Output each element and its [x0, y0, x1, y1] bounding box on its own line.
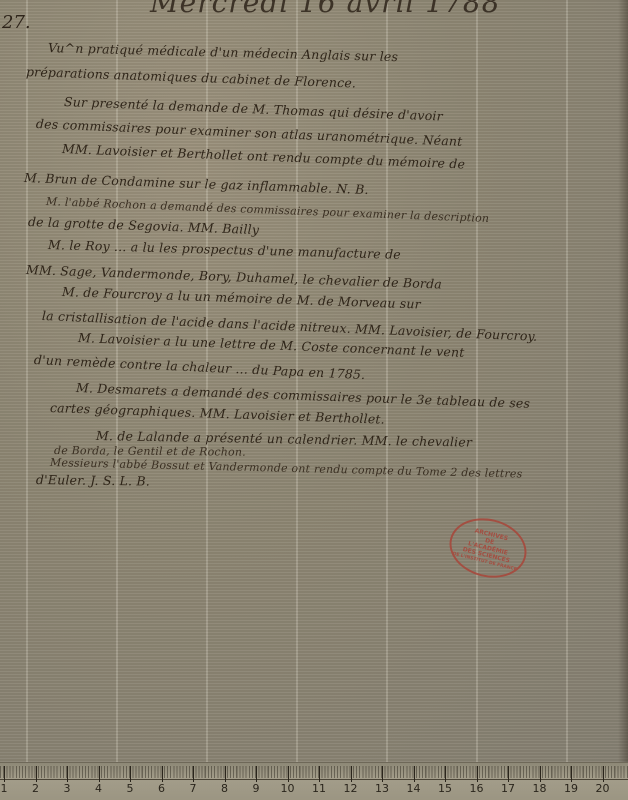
ruler-major-tick	[193, 766, 194, 782]
ruler-label: 15	[438, 782, 452, 795]
manuscript-line: préparations anatomiques du cabinet de F…	[26, 64, 357, 91]
ruler-major-tick	[67, 766, 68, 782]
ruler-label: 11	[312, 782, 326, 795]
ruler-label: 19	[564, 782, 578, 795]
ruler-major-tick	[477, 766, 478, 782]
ruler-major-tick	[256, 766, 257, 782]
ruler-major-tick	[36, 766, 37, 782]
ruler-major-tick	[351, 766, 352, 782]
ruler-major-tick	[571, 766, 572, 782]
ruler-label: 8	[221, 782, 228, 795]
ruler-baseline	[0, 779, 628, 780]
ruler-label: 6	[158, 782, 165, 795]
ruler-ticks	[0, 766, 628, 778]
header-date: Mercredi 16 avril 1788	[150, 0, 501, 19]
ruler-label: 4	[95, 782, 102, 795]
ruler-label: 7	[190, 782, 197, 795]
ruler-label: 13	[375, 782, 389, 795]
ruler-label: 12	[344, 782, 358, 795]
ruler-major-tick	[288, 766, 289, 782]
ruler-major-tick	[130, 766, 131, 782]
measurement-ruler: 1234567891011121314151617181920	[0, 762, 628, 800]
ruler-label: 9	[253, 782, 260, 795]
ruler-label: 1	[1, 782, 8, 795]
ruler-major-tick	[414, 766, 415, 782]
manuscript-line: M. Brun de Condamine sur le gaz inflamma…	[24, 170, 369, 197]
ruler-label: 2	[32, 782, 39, 795]
ruler-label: 20	[596, 782, 610, 795]
archive-stamp: ARCHIVES DE L'ACADÉMIE DES SCIENCES DE L…	[443, 510, 533, 585]
ruler-label: 18	[533, 782, 547, 795]
ruler-label: 16	[470, 782, 484, 795]
ruler-label: 10	[281, 782, 295, 795]
manuscript-line: M. le Roy ... a lu les prospectus d'une …	[48, 237, 401, 262]
ruler-major-tick	[162, 766, 163, 782]
manuscript-line: d'un remède contre la chaleur ... du Pap…	[34, 352, 366, 382]
manuscript-line: Vu^n pratiqué médicale d'un médecin Angl…	[48, 40, 399, 64]
ruler-major-tick	[603, 766, 604, 782]
ruler-major-tick	[225, 766, 226, 782]
ruler-major-tick	[508, 766, 509, 782]
manuscript-page: Mercredi 16 avril 1788 27. Vu^n pratiqué…	[0, 0, 628, 762]
ruler-major-tick	[319, 766, 320, 782]
page-number: 27.	[2, 12, 31, 33]
ruler-major-tick	[4, 766, 5, 782]
ruler-major-tick	[99, 766, 100, 782]
manuscript-line: d'Euler. J. S. L. B.	[36, 472, 150, 489]
ruler-major-tick	[540, 766, 541, 782]
ruler-label: 14	[407, 782, 421, 795]
ruler-major-tick	[382, 766, 383, 782]
manuscript-line: de la grotte de Segovia. MM. Bailly	[28, 214, 260, 237]
ruler-label: 17	[501, 782, 515, 795]
ruler-major-tick	[445, 766, 446, 782]
ruler-label: 5	[127, 782, 134, 795]
ruler-label: 3	[64, 782, 71, 795]
